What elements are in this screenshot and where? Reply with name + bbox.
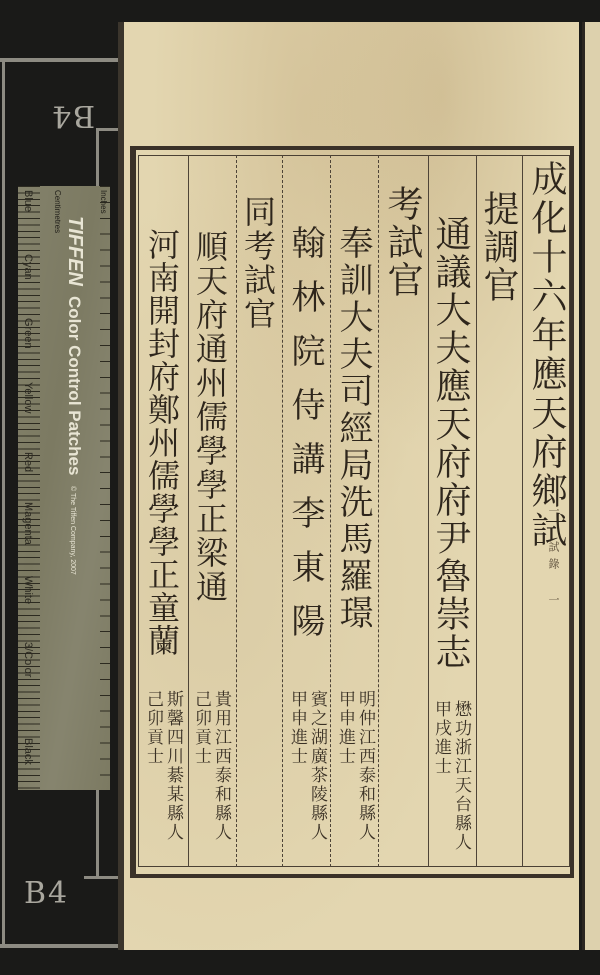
patch-red: Red xyxy=(22,452,34,472)
heading-supervising-official: 提調官 xyxy=(480,190,516,304)
patch-magenta: Magenta xyxy=(22,502,34,545)
note-native-place: 貴用江西泰和縣人 xyxy=(212,690,229,842)
note-native-place: 斯馨四川綦某縣人 xyxy=(164,690,181,842)
ruler-units-cm: Centimetres xyxy=(53,190,62,233)
note-degree: 甲戌進士 xyxy=(432,700,449,776)
note-native-place: 明仲江西泰和縣人 xyxy=(356,690,373,842)
plate-inner-frame-bottom xyxy=(84,876,120,879)
note-degree: 甲申進士 xyxy=(288,690,305,766)
patch-yellow: Yellow xyxy=(22,382,34,413)
column-rule xyxy=(282,155,283,867)
patch-black: Black xyxy=(22,738,34,765)
column-rule xyxy=(428,155,429,867)
plate-label-bottom: B4 xyxy=(24,876,69,911)
note-native-place: 懋功浙江天台縣人 xyxy=(452,700,469,852)
entry-liang-tong: 順天府通州儒學學正梁通 xyxy=(194,230,226,604)
patch-3color: 3/Color xyxy=(22,642,34,677)
column-rule xyxy=(522,155,523,867)
ruler-brand: TIFFEN xyxy=(63,216,86,286)
ruler-units-in: Inches xyxy=(99,190,108,214)
note-degree: 甲申進士 xyxy=(336,690,353,766)
document-title: 成化十六年應天府鄉試 xyxy=(528,160,564,550)
patch-blue: Blue xyxy=(22,190,34,212)
patch-green: Green xyxy=(22,318,34,349)
column-rule xyxy=(236,155,237,867)
column-rule xyxy=(188,155,189,867)
heading-examiner: 考試官 xyxy=(384,185,420,299)
inch-ticks xyxy=(100,186,110,790)
color-control-ruler: Inches Centimetres TIFFEN Color Control … xyxy=(18,186,110,790)
plate-frame-left xyxy=(2,58,5,946)
patch-white: White xyxy=(22,576,34,604)
adjacent-page-edge xyxy=(582,22,600,950)
entry-li-dongyang: 翰林院侍講李東陽 xyxy=(288,225,322,657)
ruler-copyright: © The Tiffen Company, 2007 xyxy=(69,486,76,575)
column-rule xyxy=(476,155,477,867)
column-rule xyxy=(378,155,379,867)
entry-lu-chongzhi: 通議大夫應天府府尹魯崇志 xyxy=(432,215,468,671)
heading-associate-examiner: 同考試官 xyxy=(242,195,274,331)
column-rule xyxy=(330,155,331,867)
ruler-body: Inches Centimetres TIFFEN Color Control … xyxy=(18,186,110,790)
note-degree: 己卯貢士 xyxy=(192,690,209,766)
note-degree: 己卯貢士 xyxy=(144,690,161,766)
plate-label-top: B4 xyxy=(50,98,95,133)
plate-frame-top xyxy=(0,58,124,62)
plate-frame-bottom xyxy=(0,944,124,948)
entry-luo-jing: 奉訓大夫司經局洗馬羅璟 xyxy=(336,225,370,632)
note-native-place: 賓之湖廣茶陵縣人 xyxy=(308,690,325,842)
margin-note: 一 試錄 一 xyxy=(548,505,559,611)
ruler-title: Color Control Patches xyxy=(64,296,84,475)
patch-cyan: Cyan xyxy=(22,254,34,280)
entry-tong-lan: 河南開封府鄭州儒學學正童蘭 xyxy=(146,228,178,657)
